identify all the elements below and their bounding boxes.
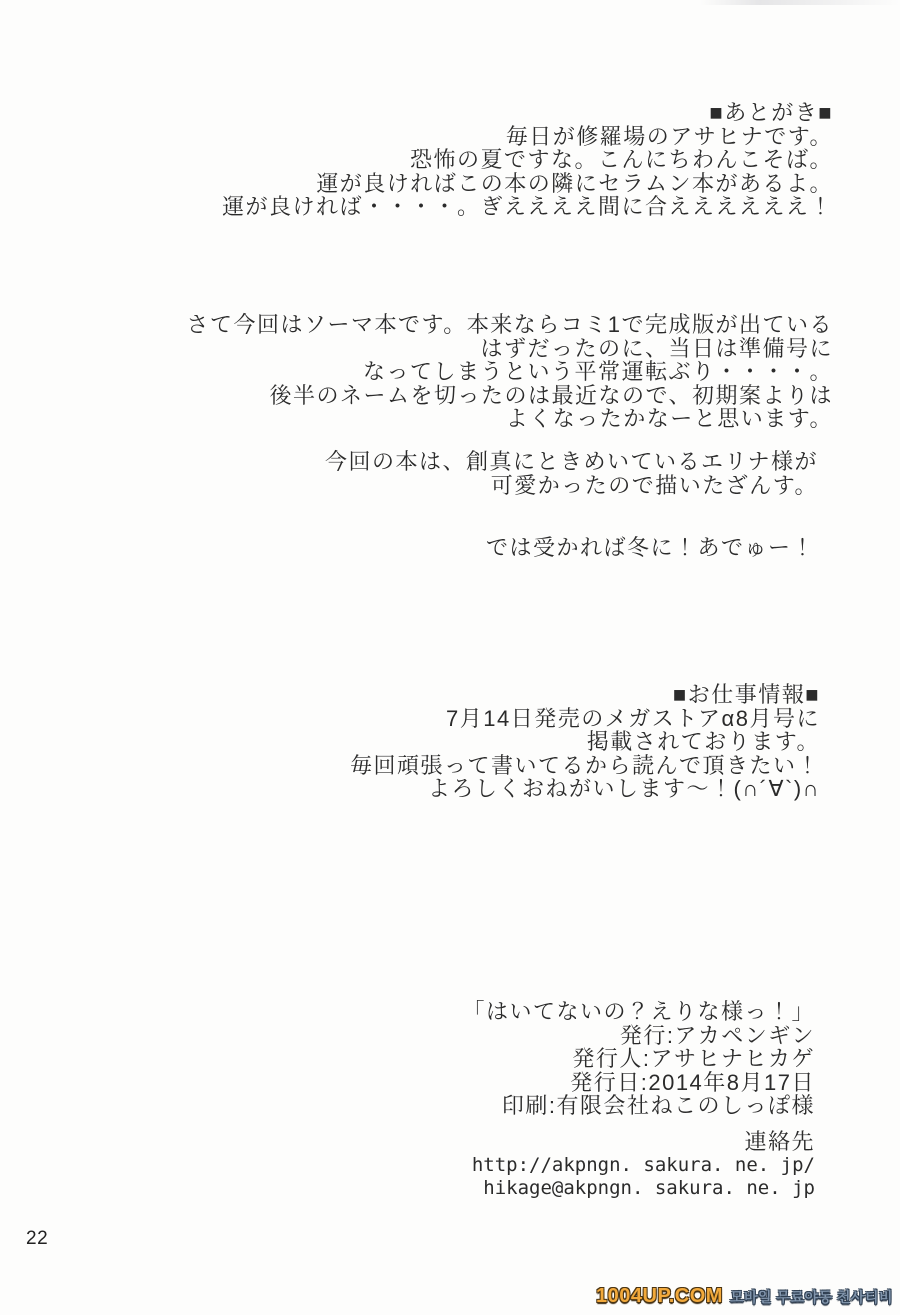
colophon-publisher: 発行:アカペンギン [462, 1024, 815, 1048]
contact-website-url: http://akpngn. sakura. ne. jp/ [472, 1154, 815, 1178]
work-info-line: 7月14日発売のメガストアα8月号に [350, 707, 820, 731]
afterword-line: 運が良ければこの本の隣にセラムン本があるよ。 [222, 172, 833, 196]
afterword-signoff: では受かれば冬に！あでゅー！ [486, 536, 815, 560]
afterword-paragraph-3: 今回の本は、創真にときめいているエリナ様が 可愛かったので描いたざんす。 [325, 450, 818, 497]
afterword-line: 毎日が修羅場のアサヒナです。 [222, 125, 833, 149]
scan-artifact [700, 0, 900, 5]
watermark-site-logo: 1004UP.COM [596, 1285, 723, 1308]
afterword-line: 恐怖の夏ですな。こんにちわんこそば。 [222, 148, 833, 172]
work-info-section: ■お仕事情報■ 7月14日発売のメガストアα8月号に 掲載されております。 毎回… [350, 683, 820, 801]
page-number: 22 [26, 1228, 48, 1250]
afterword-line: よくなったかなーと思います。 [187, 407, 833, 431]
contact-section: 連絡先 http://akpngn. sakura. ne. jp/ hikag… [472, 1130, 815, 1201]
afterword-line: 後半のネームを切ったのは最近なので、初期案よりは [187, 384, 833, 408]
colophon-printer: 印刷:有限会社ねこのしっぽ様 [462, 1094, 815, 1118]
afterword-line: 今回の本は、創真にときめいているエリナ様が [325, 450, 818, 474]
work-info-title: ■お仕事情報■ [350, 683, 820, 707]
colophon-book-title: 「はいてないの？えりな様っ！」 [462, 1000, 815, 1024]
scanned-doujinshi-afterword-page: ■あとがき■ 毎日が修羅場のアサヒナです。 恐怖の夏ですな。こんにちわんこそば。… [0, 0, 900, 1315]
afterword-line: なってしまうという平常運転ぶり・・・・。 [187, 360, 833, 384]
contact-heading: 連絡先 [472, 1130, 815, 1154]
afterword-line: 可愛かったので描いたざんす。 [325, 474, 818, 498]
afterword-line: では受かれば冬に！あでゅー！ [486, 536, 815, 560]
afterword-title: ■あとがき■ [222, 101, 833, 125]
work-info-line: 掲載されております。 [350, 730, 820, 754]
colophon-publish-date: 発行日:2014年8月17日 [462, 1071, 815, 1095]
watermark-tagline: 모바일 무료야동 천사티비 [730, 1287, 893, 1307]
contact-email: hikage@akpngn. sakura. ne. jp [472, 1177, 815, 1201]
afterword-line: はずだったのに、当日は準備号に [187, 337, 833, 361]
afterword-line: 運が良ければ・・・・。ぎええええ間に合ええええええ！ [222, 195, 833, 219]
afterword-line: さて今回はソーマ本です。本来ならコミ1で完成版が出ている [187, 313, 833, 337]
work-info-line: 毎回頑張って書いてるから読んで頂きたい！ [350, 754, 820, 778]
colophon-section: 「はいてないの？えりな様っ！」 発行:アカペンギン 発行人:アサヒナヒカゲ 発行… [462, 1000, 815, 1118]
work-info-line: よろしくおねがいします～！(∩´∀`)∩ [350, 777, 820, 801]
watermark: 1004UP.COM 모바일 무료야동 천사티비 [596, 1285, 893, 1308]
afterword-section: ■あとがき■ 毎日が修羅場のアサヒナです。 恐怖の夏ですな。こんにちわんこそば。… [222, 101, 833, 219]
colophon-publisher-person: 発行人:アサヒナヒカゲ [462, 1047, 815, 1071]
afterword-paragraph-2: さて今回はソーマ本です。本来ならコミ1で完成版が出ている はずだったのに、当日は… [187, 313, 833, 431]
